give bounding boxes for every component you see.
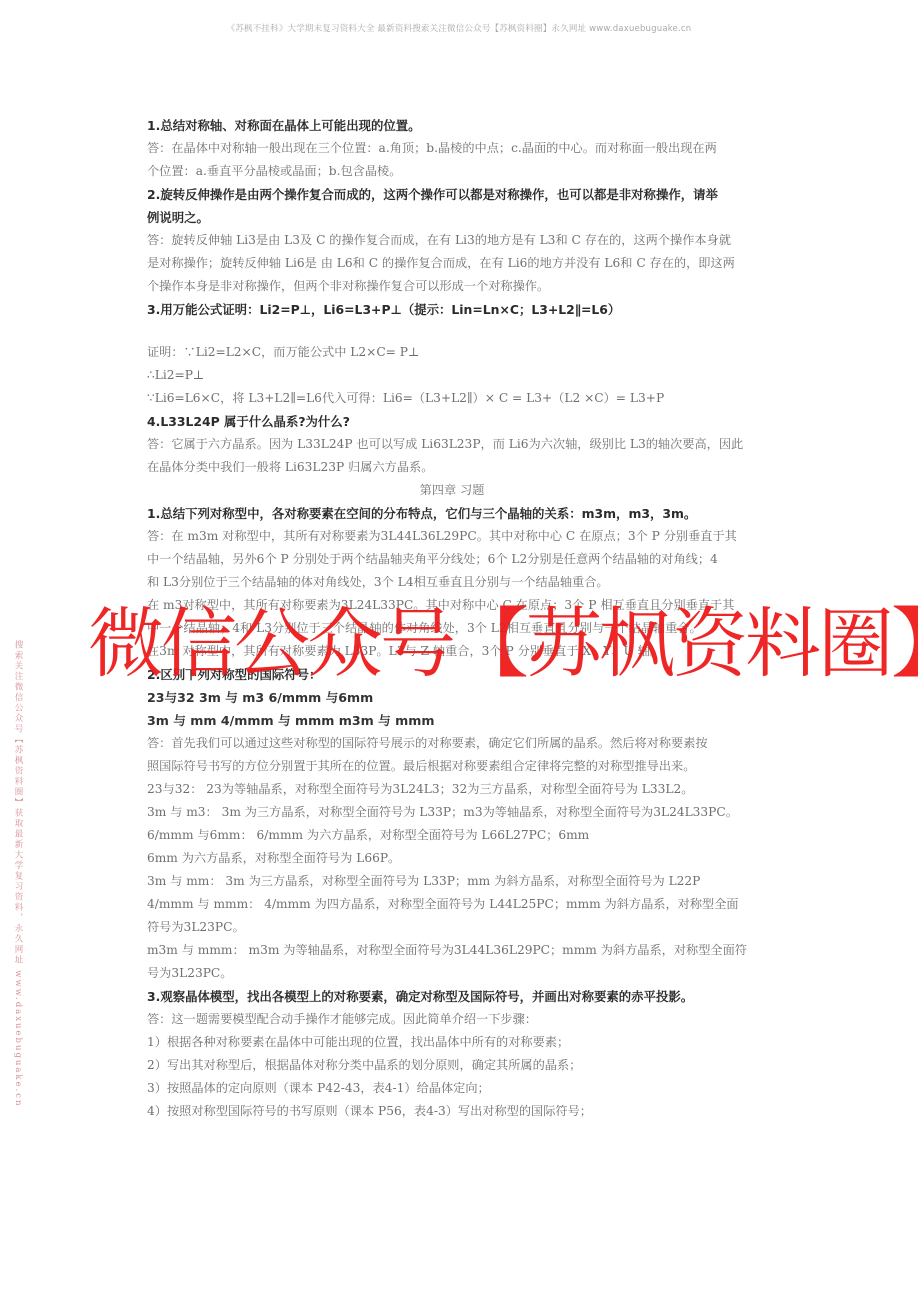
proof-line: ∵Li6=L6×C，将 L3+L2∥=L6代入可得：Li6=（L3+L2∥）× … [147,387,777,410]
answer-line: 和 L3分别位于三个结晶轴的体对角线处，3个 L4相互垂直且分别与一个结晶轴重合… [147,571,777,594]
chapter-title: 第四章 习题 [147,479,777,502]
answer-line: 6/mmm 与6mm： 6/mmm 为六方晶系，对称型全面符号为 L66L27P… [147,824,777,847]
step-line: 1）根据各种对称要素在晶体中可能出现的位置，找出晶体中所有的对称要素； [147,1031,777,1054]
overlay-watermark: 微信公众号【苏枫资料圈】 [88,598,808,690]
blank-line [147,321,777,341]
answer-line: 照国际符号书写的方位分别置于其所在的位置。最后根据对称要素组合定律将完整的对称型… [147,755,777,778]
answer-line: 答：首先我们可以通过这些对称型的国际符号展示的对称要素，确定它们所属的晶系。然后… [147,732,777,755]
question-heading: 例说明之。 [147,206,777,229]
answer-line: 是对称操作；旋转反伸轴 Li6是 由 L6和 C 的操作复合而成，在有 Li6的… [147,252,777,275]
answer-line: 答：在 m3m 对称型中，其所有对称要素为3L44L36L29PC。其中对称中心… [147,525,777,548]
answer-line: 23与32： 23为等轴晶系，对称型全面符号为3L24L3；32为三方晶系，对称… [147,778,777,801]
answer-line: 号为3L23PC。 [147,962,777,985]
step-line: 3）按照晶体的定向原则（课本 P42-43，表4-1）给晶体定向； [147,1077,777,1100]
answer-line: 答：旋转反伸轴 Li3是由 L3及 C 的操作复合而成，在有 Li3的地方是有 … [147,229,777,252]
answer-line: 个位置：a.垂直平分晶棱或晶面；b.包含晶棱。 [147,160,777,183]
answer-line: m3m 与 mmm： m3m 为等轴晶系，对称型全面符号为3L44L36L29P… [147,939,777,962]
answer-line: 6mm 为六方晶系，对称型全面符号为 L66P。 [147,847,777,870]
question-heading: 1.总结对称轴、对称面在晶体上可能出现的位置。 [147,114,777,137]
proof-line: 证明：∵Li2=L2×C，而万能公式中 L2×C= P⊥ [147,341,777,364]
answer-line: 答：这一题需要模型配合动手操作才能够完成。因此简单介绍一下步骤： [147,1008,777,1031]
question-heading: 4.L33L24P 属于什么晶系?为什么? [147,410,777,433]
answer-line: 符号为3L23PC。 [147,916,777,939]
header-note: 《苏枫不挂科》大学期末复习资料大全 最新资料搜索关注微信公众号【苏枫资料圈】永久… [0,22,918,34]
answer-line: 个操作本身是非对称操作，但两个非对称操作复合可以形成一个对称操作。 [147,275,777,298]
side-watermark: 搜索关注微信公众号【苏枫资料圈】获取最新大学复习资料，永久网址 www.daxu… [10,640,24,1108]
answer-line: 答：它属于六方晶系。因为 L33L24P 也可以写成 Li63L23P，而 Li… [147,433,777,456]
question-heading: 1.总结下列对称型中，各对称要素在空间的分布特点，它们与三个晶轴的关系：m3m，… [147,502,777,525]
step-line: 4）按照对称型国际符号的书写原则（课本 P56，表4-3）写出对称型的国际符号； [147,1100,777,1123]
proof-line: ∴Li2=P⊥ [147,364,777,387]
answer-line: 答：在晶体中对称轴一般出现在三个位置：a.角顶；b.晶棱的中点；c.晶面的中心。… [147,137,777,160]
question-heading: 3.观察晶体模型，找出各模型上的对称要素，确定对称型及国际符号，并画出对称要素的… [147,985,777,1008]
answer-line: 3m 与 mm： 3m 为三方晶系，对称型全面符号为 L33P；mm 为斜方晶系… [147,870,777,893]
step-line: 2）写出其对称型后，根据晶体对称分类中晶系的划分原则，确定其所属的晶系； [147,1054,777,1077]
answer-line: 中一个结晶轴，另外6个 P 分别处于两个结晶轴夹角平分线处；6个 L2分别是任意… [147,548,777,571]
question-heading: 2.旋转反伸操作是由两个操作复合而成的，这两个操作可以都是对称操作，也可以都是非… [147,183,777,206]
symbol-line: 3m 与 mm 4/mmm 与 mmm m3m 与 mmm [147,709,777,732]
answer-line: 4/mmm 与 mmm： 4/mmm 为四方晶系，对称型全面符号为 L44L25… [147,893,777,916]
question-heading: 3.用万能公式证明：Li2=P⊥，Li6=L3+P⊥（提示：Lin=Ln×C；L… [147,298,777,321]
answer-line: 3m 与 m3： 3m 为三方晶系，对称型全面符号为 L33P；m3为等轴晶系，… [147,801,777,824]
answer-line: 在晶体分类中我们一般将 Li63L23P 归属六方晶系。 [147,456,777,479]
